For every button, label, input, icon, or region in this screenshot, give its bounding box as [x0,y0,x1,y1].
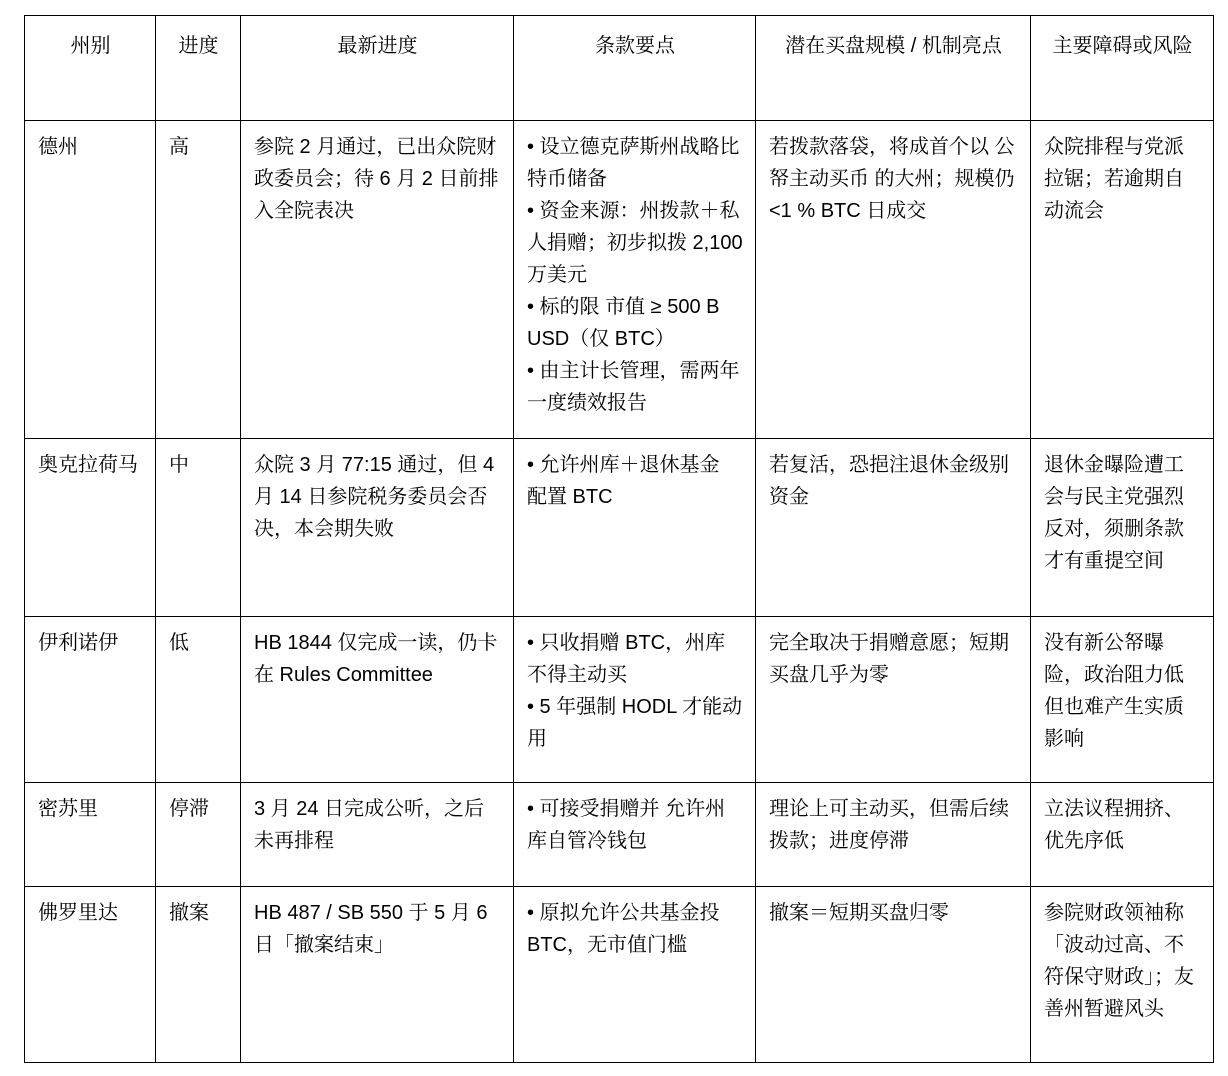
column-header-progress: 进度 [156,16,241,121]
table-row: 德州 高 参院 2 月通过，已出众院财政委员会；待 6 月 2 日前排入全院表决… [25,121,1214,439]
cell-potential: 完全取决于捐赠意愿；短期买盘几乎为零 [756,617,1031,783]
table-row: 密苏里 停滞 3 月 24 日完成公听，之后未再排程 • 可接受捐赠并 允许州库… [25,783,1214,887]
table-row: 伊利诺伊 低 HB 1844 仅完成一读，仍卡在 Rules Committee… [25,617,1214,783]
cell-risk: 退休金曝险遭工会与民主党强烈反对，须删条款才有重提空间 [1031,439,1214,617]
state-bitcoin-bills-table: 州别 进度 最新进度 条款要点 潜在买盘规模 / 机制亮点 主要障碍或风险 德州… [24,15,1214,1063]
column-header-state: 州别 [25,16,156,121]
cell-terms: • 设立德克萨斯州战略比特币储备 • 资金来源：州拨款＋私人捐赠；初步拟拨 2,… [514,121,756,439]
page: 州别 进度 最新进度 条款要点 潜在买盘规模 / 机制亮点 主要障碍或风险 德州… [0,0,1228,1076]
cell-latest: 参院 2 月通过，已出众院财政委员会；待 6 月 2 日前排入全院表决 [241,121,514,439]
cell-progress: 中 [156,439,241,617]
cell-latest: 众院 3 月 77:15 通过，但 4 月 14 日参院税务委员会否决，本会期失… [241,439,514,617]
cell-state: 佛罗里达 [25,887,156,1063]
cell-progress: 低 [156,617,241,783]
cell-risk: 参院财政领袖称「波动过高、不符保守财政」；友善州暂避风头 [1031,887,1214,1063]
cell-risk: 立法议程拥挤、优先序低 [1031,783,1214,887]
cell-terms: • 允许州库＋退休基金 配置 BTC [514,439,756,617]
column-header-terms: 条款要点 [514,16,756,121]
column-header-latest: 最新进度 [241,16,514,121]
column-header-potential: 潜在买盘规模 / 机制亮点 [756,16,1031,121]
cell-progress: 撤案 [156,887,241,1063]
cell-state: 伊利诺伊 [25,617,156,783]
cell-terms: • 原拟允许公共基金投 BTC，无市值门槛 [514,887,756,1063]
cell-progress: 停滞 [156,783,241,887]
cell-state: 密苏里 [25,783,156,887]
header-row: 州别 进度 最新进度 条款要点 潜在买盘规模 / 机制亮点 主要障碍或风险 [25,16,1214,121]
cell-latest: 3 月 24 日完成公听，之后未再排程 [241,783,514,887]
cell-risk: 众院排程与党派拉锯；若逾期自动流会 [1031,121,1214,439]
cell-state: 德州 [25,121,156,439]
table-row: 佛罗里达 撤案 HB 487 / SB 550 于 5 月 6 日「撤案结束」 … [25,887,1214,1063]
cell-potential: 若拨款落袋，将成首个以 公帑主动买币 的大州；规模仍 <1 % BTC 日成交 [756,121,1031,439]
cell-risk: 没有新公帑曝险，政治阻力低但也难产生实质影响 [1031,617,1214,783]
cell-potential: 理论上可主动买，但需后续拨款；进度停滞 [756,783,1031,887]
cell-terms: • 只收捐赠 BTC，州库不得主动买 • 5 年强制 HODL 才能动用 [514,617,756,783]
cell-progress: 高 [156,121,241,439]
column-header-risk: 主要障碍或风险 [1031,16,1214,121]
cell-potential: 若复活，恐挹注退休金级别资金 [756,439,1031,617]
cell-latest: HB 487 / SB 550 于 5 月 6 日「撤案结束」 [241,887,514,1063]
cell-latest: HB 1844 仅完成一读，仍卡在 Rules Committee [241,617,514,783]
table-row: 奥克拉荷马 中 众院 3 月 77:15 通过，但 4 月 14 日参院税务委员… [25,439,1214,617]
cell-terms: • 可接受捐赠并 允许州库自管冷钱包 [514,783,756,887]
cell-state: 奥克拉荷马 [25,439,156,617]
cell-potential: 撤案＝短期买盘归零 [756,887,1031,1063]
